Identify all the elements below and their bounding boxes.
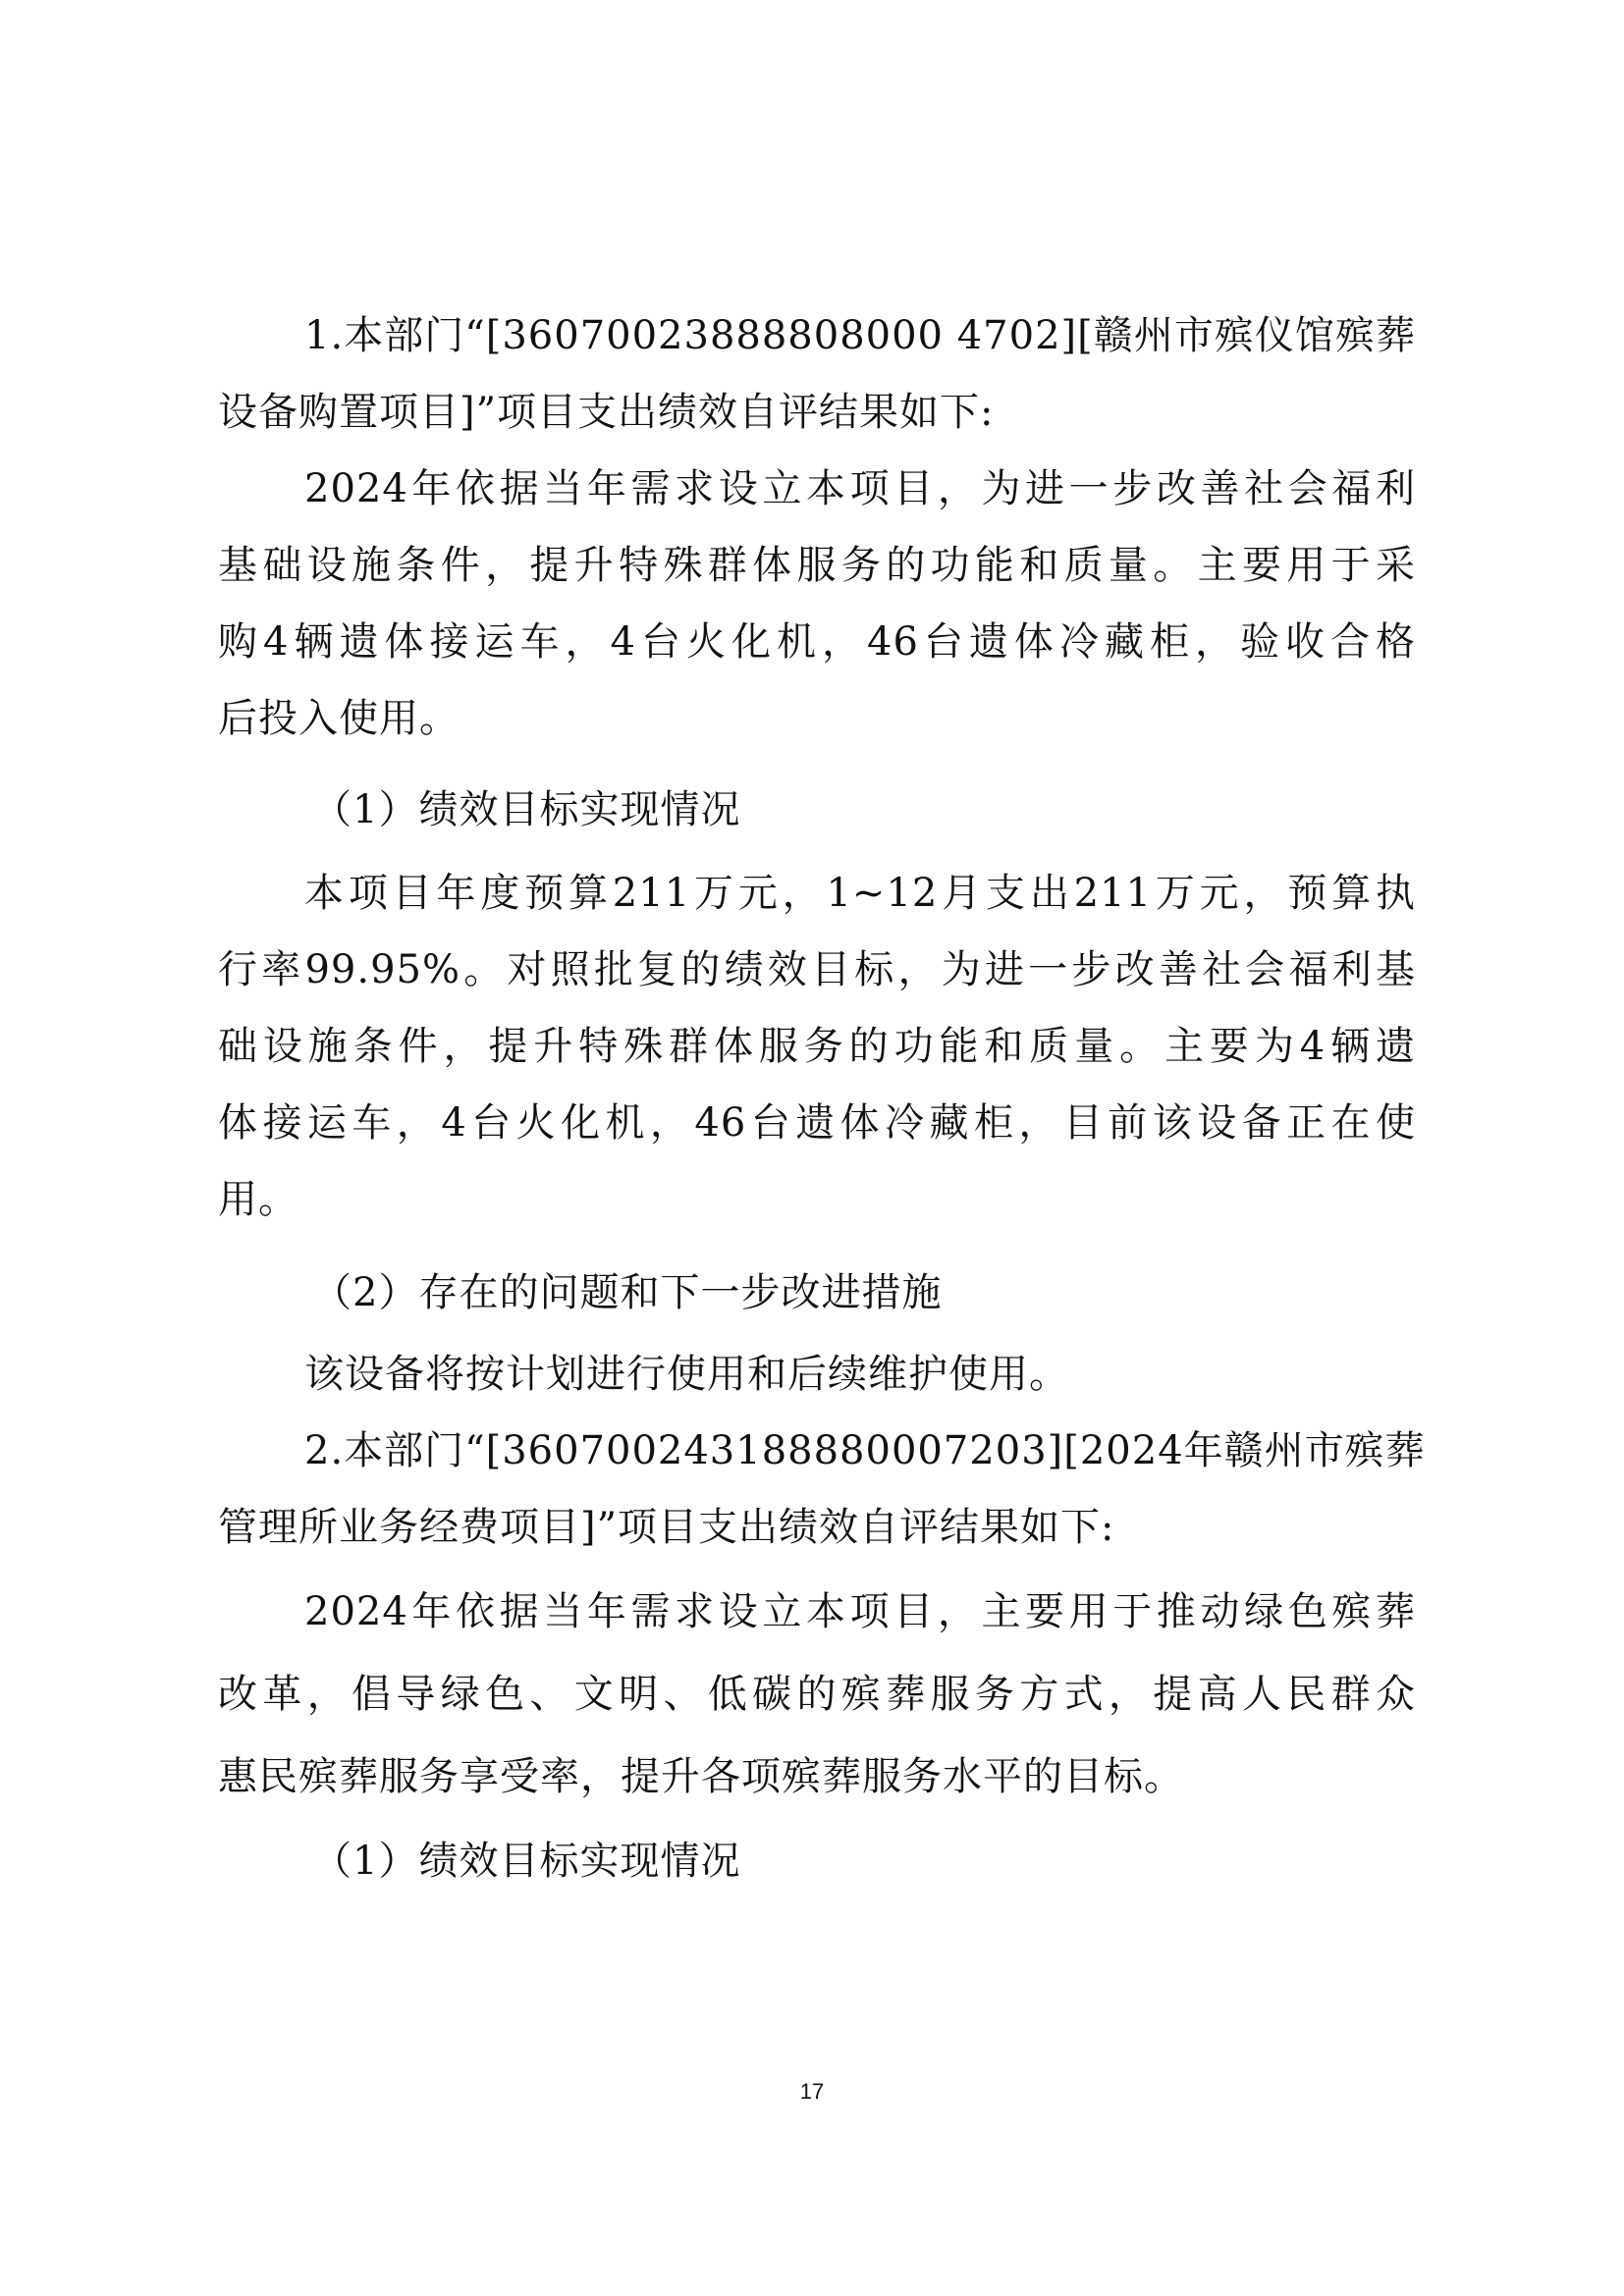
page-number: 17 xyxy=(0,2079,1624,2105)
section-2-heading-line-1: 2.本部门“[360700243188880007203][2024年赣州市殡葬 xyxy=(304,1421,1416,1480)
section-1-performance-line-3: 础设施条件，提升特殊群体服务的功能和质量。主要为4辆遗 xyxy=(218,1017,1416,1076)
section-2-heading-line-2: 管理所业务经费项目]”项目支出绩效自评结果如下: xyxy=(218,1498,1416,1557)
section-1-performance-line-2: 行率99.95%。对照批复的绩效目标，为进一步改善社会福利基 xyxy=(218,940,1416,999)
section-2-subheading-performance: （1）绩效目标实现情况 xyxy=(312,1832,1416,1891)
section-1-intro-line-4: 后投入使用。 xyxy=(218,689,1416,748)
section-1-issues-line-1: 该设备将按计划进行使用和后续维护使用。 xyxy=(304,1345,1416,1404)
document-page: 1.本部门“[36070023888808000 4702][赣州市殡仪馆殡葬 … xyxy=(0,0,1624,2296)
section-1-intro-line-1: 2024年依据当年需求设立本项目，为进一步改善社会福利 xyxy=(304,459,1416,518)
section-2-intro-line-1: 2024年依据当年需求设立本项目，主要用于推动绿色殡葬 xyxy=(304,1582,1416,1641)
section-1-performance-line-5: 用。 xyxy=(218,1170,1416,1229)
section-1-performance-line-4: 体接运车，4台火化机，46台遗体冷藏柜，目前该设备正在使 xyxy=(218,1094,1416,1152)
section-1-intro-line-3: 购4辆遗体接运车，4台火化机，46台遗体冷藏柜，验收合格 xyxy=(218,613,1416,671)
section-2-intro-line-3: 惠民殡葬服务享受率，提升各项殡葬服务水平的目标。 xyxy=(218,1747,1416,1806)
section-1-intro-line-2: 基础设施条件，提升特殊群体服务的功能和质量。主要用于采 xyxy=(218,536,1416,595)
section-1-heading-line-1: 1.本部门“[36070023888808000 4702][赣州市殡仪馆殡葬 xyxy=(304,306,1416,365)
section-1-heading-line-2: 设备购置项目]”项目支出绩效自评结果如下: xyxy=(218,383,1416,442)
section-1-subheading-issues: （2）存在的问题和下一步改进措施 xyxy=(312,1263,1416,1322)
section-2-intro-line-2: 改革，倡导绿色、文明、低碳的殡葬服务方式，提高人民群众 xyxy=(218,1665,1416,1724)
section-1-performance-line-1: 本项目年度预算211万元，1~12月支出211万元，预算执 xyxy=(304,864,1416,923)
section-1-subheading-performance: （1）绩效目标实现情况 xyxy=(312,780,1416,839)
